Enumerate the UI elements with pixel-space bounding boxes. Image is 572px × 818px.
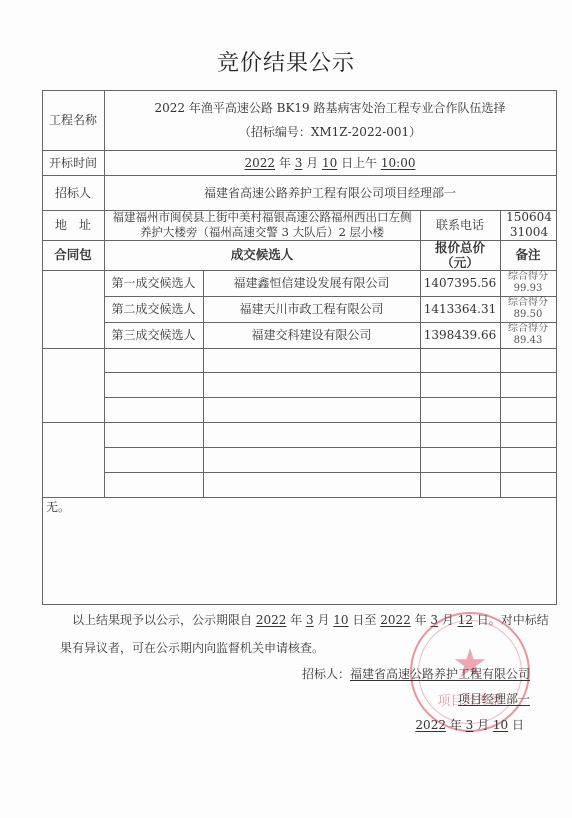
opening-label: 开标时间 (42, 150, 104, 175)
header-price: 报价总价（元） (426, 240, 494, 270)
candidate-company: 福建鑫恒信建设发展有限公司 (203, 270, 420, 296)
opening-year-suffix: 年 (275, 155, 295, 171)
signature-label: 招标人： (302, 667, 350, 681)
result-table: 工程名称 2022 年渔平高速公路 BK19 路基病害处治工程专业合作队伍选择 … (42, 90, 557, 605)
candidate-remark: 综合得分 89.50 (500, 296, 556, 322)
phone-value: 15060431004 (504, 210, 554, 240)
date-sep: 月 (473, 718, 493, 732)
date-sep: 年 (446, 718, 466, 732)
notice-sep: 日至 (349, 613, 381, 627)
opening-year: 2022 (245, 155, 276, 171)
opening-day: 10 (322, 155, 337, 171)
candidate-price: 1413364.31 (420, 296, 500, 322)
notice-sep: 月 (314, 613, 334, 627)
score-label: 综合得分 (508, 297, 548, 309)
page-title: 竞价结果公示 (0, 46, 572, 77)
notice-sep: 年 (286, 613, 306, 627)
address-label: 地 址 (42, 210, 104, 240)
candidate-price: 1407395.56 (420, 270, 500, 296)
project-label: 工程名称 (42, 90, 104, 150)
score-label: 综合得分 (508, 271, 548, 283)
address-value: 福建福州市闽侯县上街中美村福银高速公路福州西出口左侧养护大楼旁（福州高速交警 3… (106, 210, 418, 240)
candidate-remark: 综合得分 89.43 (500, 322, 556, 348)
candidate-company: 福建交科建设有限公司 (203, 322, 420, 348)
candidate-rank: 第三成交候选人 (104, 322, 203, 348)
signature-department: 项目经理部一 (458, 692, 530, 706)
project-info: 2022 年渔平高速公路 BK19 路基病害处治工程专业合作队伍选择 （招标编号… (104, 90, 556, 150)
phone-label: 联系电话 (420, 210, 500, 240)
project-name: 2022 年渔平高速公路 BK19 路基病害处治工程专业合作队伍选择 (154, 100, 505, 116)
opening-month-suffix: 月 (302, 155, 322, 171)
end-year: 2022 (380, 613, 411, 627)
notice-sep: 年 (411, 613, 431, 627)
candidate-rank: 第二成交候选人 (104, 296, 203, 322)
date-sep: 日 (508, 718, 524, 732)
opening-month: 3 (295, 155, 303, 171)
signature-company: 福建省高速公路养护工程有限公司 (350, 667, 530, 681)
opening-time: 2022 年 3 月 10 日上午 10:00 (104, 150, 556, 175)
signature-day: 10 (493, 718, 508, 732)
signature-line: 招标人：福建省高速公路养护工程有限公司 (300, 665, 530, 682)
signature-department-line: 项目经理部一 (300, 690, 530, 707)
opening-clock: 10:00 (381, 155, 416, 171)
candidate-price: 1398439.66 (420, 322, 500, 348)
header-candidate: 成交候选人 (104, 240, 420, 270)
start-year: 2022 (256, 613, 287, 627)
score-value: 89.50 (514, 309, 543, 321)
start-month: 3 (306, 613, 314, 627)
notes-text: 无。 (46, 498, 70, 515)
start-day: 10 (333, 613, 348, 627)
candidate-company: 福建天川市政工程有限公司 (203, 296, 420, 322)
candidate-remark: 综合得分 99.93 (500, 270, 556, 296)
score-value: 89.43 (514, 335, 543, 347)
header-remark: 备注 (500, 240, 556, 270)
notice-text: 以上结果现予以公示，公示期限自 (72, 613, 256, 627)
candidate-rank: 第一成交候选人 (104, 270, 203, 296)
bid-number: （招标编号：XM1Z-2022-001） (239, 124, 421, 140)
signature-date: 2022 年 3 月 10 日 (300, 716, 524, 733)
tenderer-label: 招标人 (42, 175, 104, 210)
tenderer-value: 福建省高速公路养护工程有限公司项目经理部一 (104, 175, 556, 210)
score-value: 99.93 (514, 283, 543, 295)
header-package: 合同包 (42, 240, 104, 270)
signature-year: 2022 (415, 718, 446, 732)
opening-day-suffix: 日上午 (337, 155, 381, 171)
score-label: 综合得分 (508, 323, 548, 335)
